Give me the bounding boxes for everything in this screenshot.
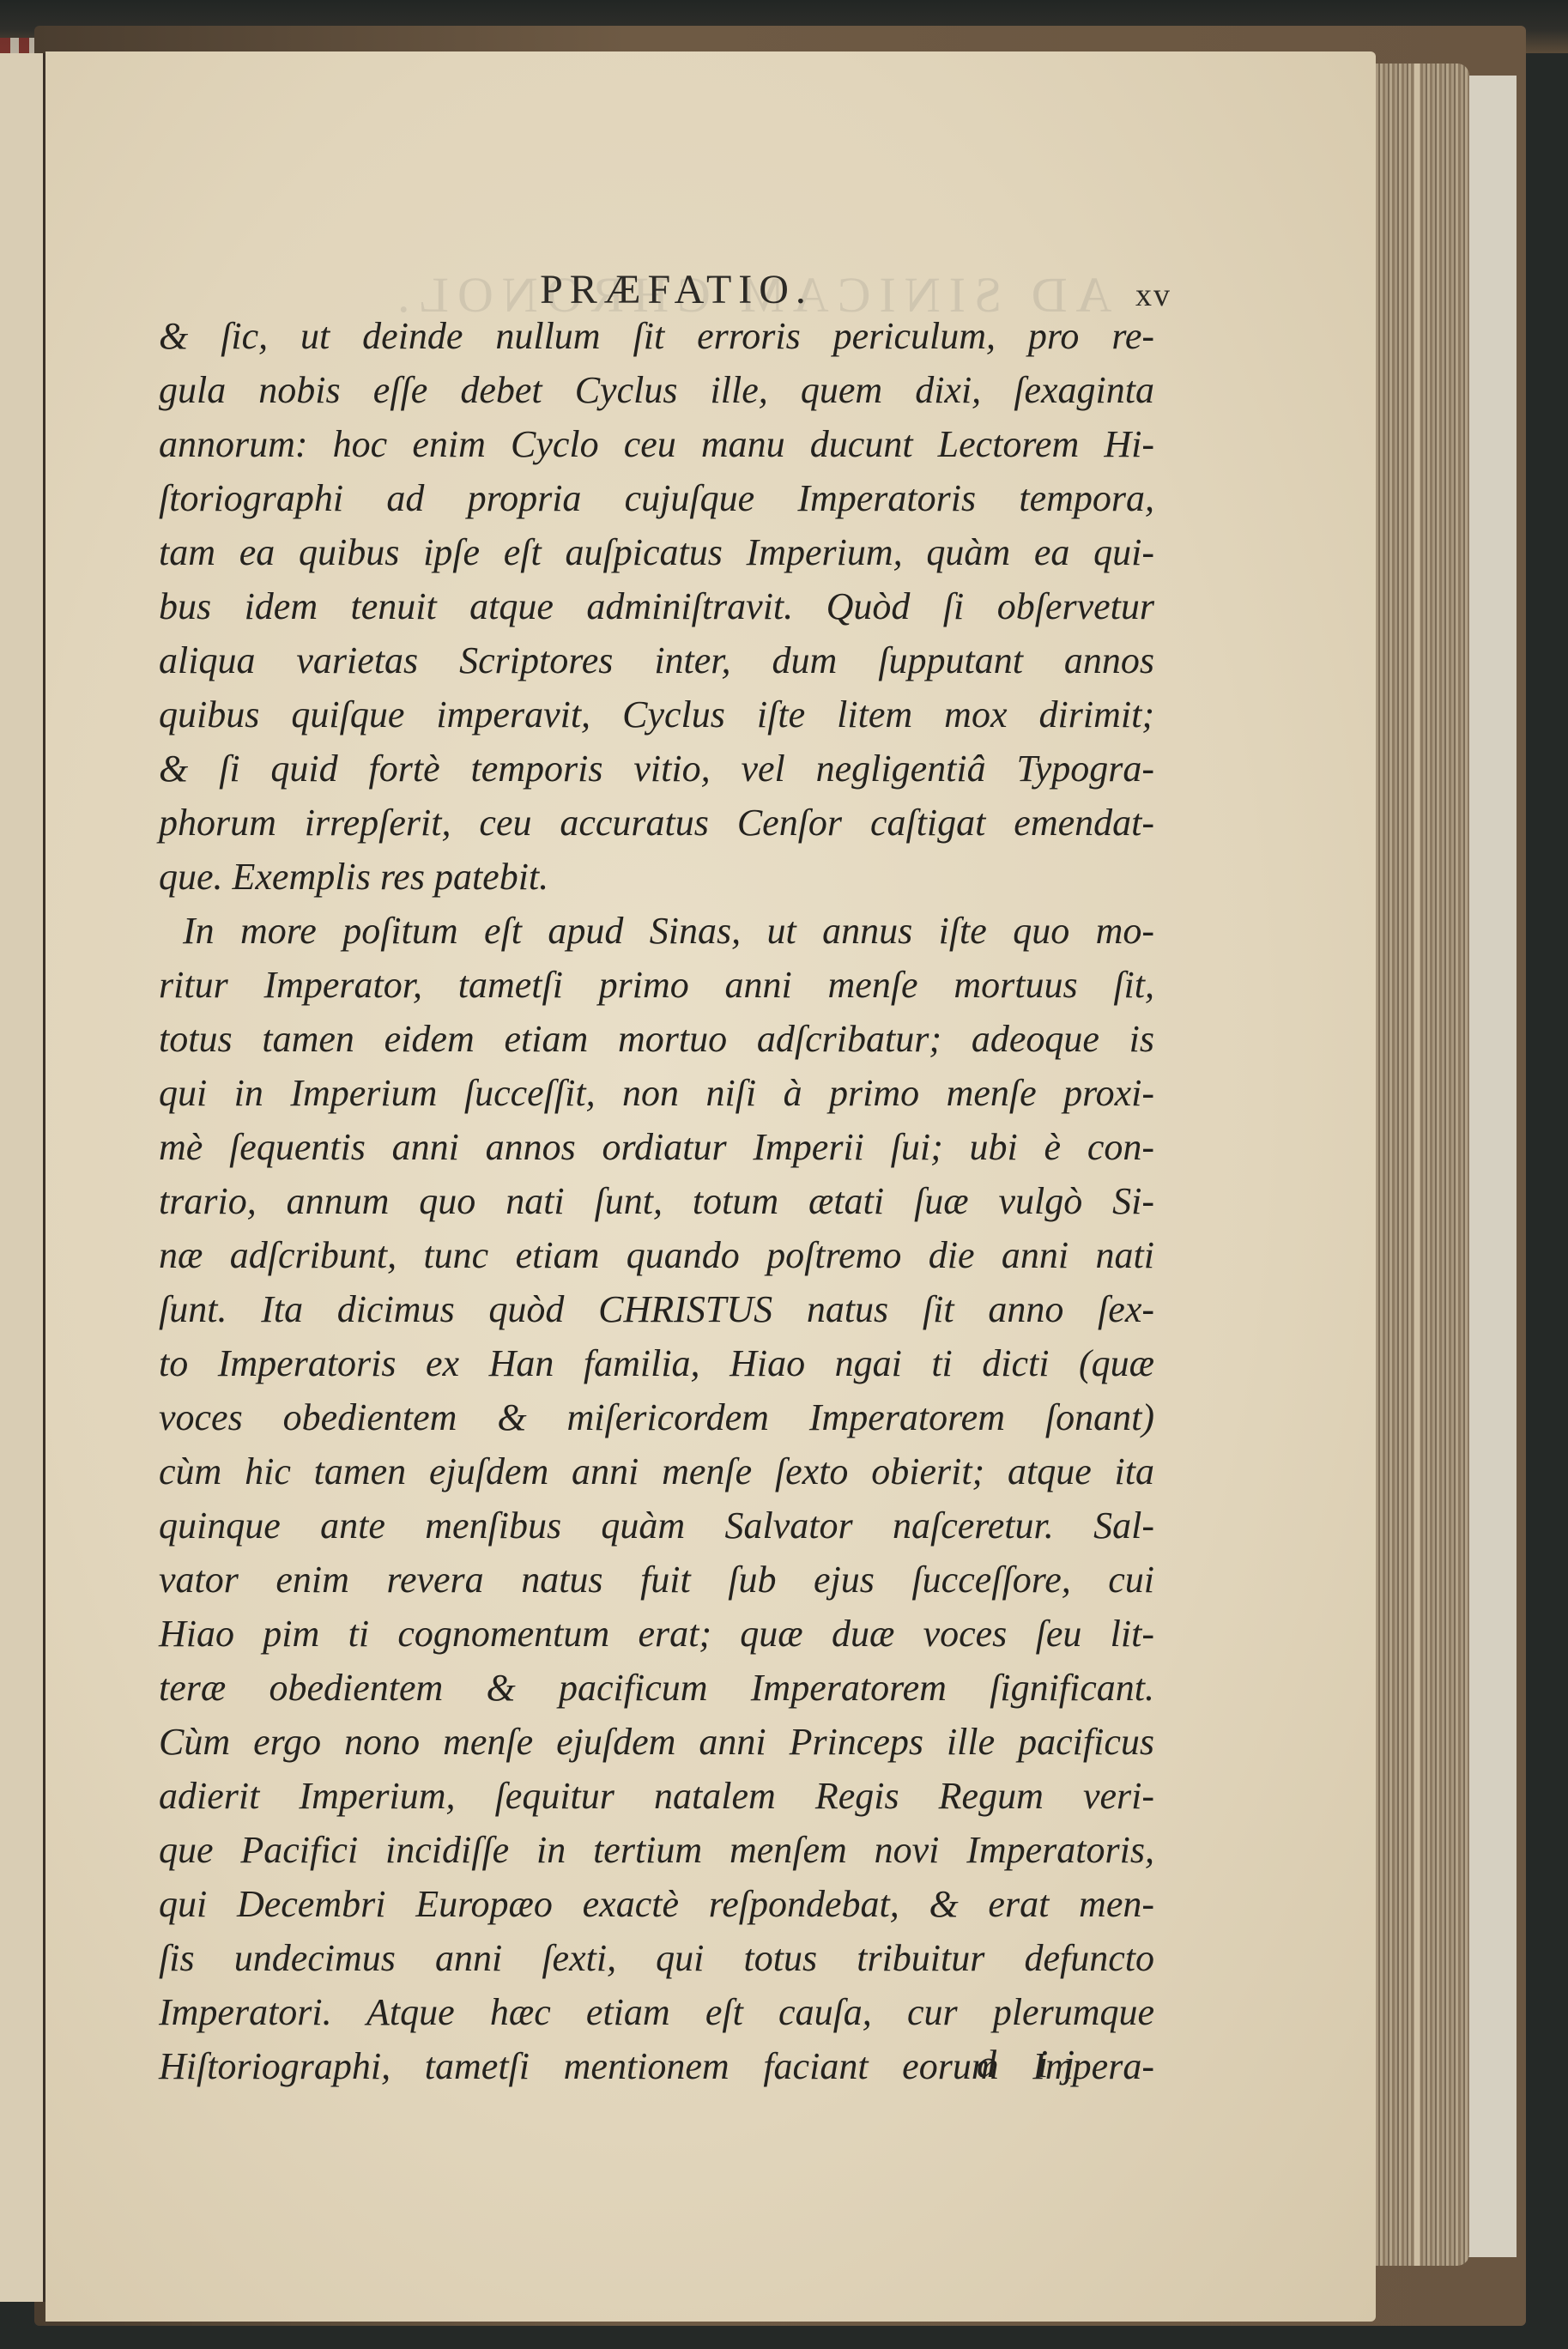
text-line: qui Decembri Europæo exactè reſpondebat,…: [159, 1877, 1154, 1931]
text-line: Hiao pim ti cognomentum erat; quæ duæ vo…: [159, 1607, 1154, 1661]
text-line: trario, annum quo nati ſunt, totum ætati…: [159, 1174, 1154, 1228]
left-page-margin: [0, 53, 45, 2302]
text-line: gula nobis eſſe debet Cyclus ille, quem …: [159, 363, 1154, 417]
body-text: & ſic, ut deinde nullum ſit erroris peri…: [159, 309, 1154, 2093]
text-line: teræ obedientem & pacificum Imperatorem …: [159, 1661, 1154, 1715]
text-line: qui in Imperium ſucceſſit, non niſi à pr…: [159, 1066, 1154, 1120]
text-line: voces obedientem & miſericordem Imperato…: [159, 1390, 1154, 1444]
text-line: que Pacifici incidiſſe in tertium menſem…: [159, 1823, 1154, 1877]
text-line: adierit Imperium, ſequitur natalem Regis…: [159, 1769, 1154, 1823]
text-line: quinque ante menſibus quàm Salvator naſc…: [159, 1498, 1154, 1553]
text-line: Cùm ergo nono menſe ejuſdem anni Princep…: [159, 1715, 1154, 1769]
text-line: annorum: hoc enim Cyclo ceu manu ducunt …: [159, 417, 1154, 471]
text-line: & ſi quid fortè temporis vitio, vel negl…: [159, 742, 1154, 796]
text-line: ſis undecimus anni ſexti, qui totus trib…: [159, 1931, 1154, 1985]
text-line: ſtoriographi ad propria cujuſque Imperat…: [159, 471, 1154, 525]
text-line: aliqua varietas Scriptores inter, dum ſu…: [159, 633, 1154, 687]
text-line: quibus quiſque imperavit, Cyclus iſte li…: [159, 687, 1154, 742]
signature-mark: d ij: [977, 2041, 1090, 2086]
book-page: AD SINICAM CHRONOL. PRÆFATIO. xv & ſic, …: [45, 51, 1376, 2322]
text-line: mè ſequentis anni annos ordiatur Imperii…: [159, 1120, 1154, 1174]
text-line: que. Exemplis res patebit.: [159, 850, 1154, 904]
text-line: Imperatori. Atque hæc etiam eſt cauſa, c…: [159, 1985, 1154, 2039]
text-line: totus tamen eidem etiam mortuo adſcribat…: [159, 1012, 1154, 1066]
page-fore-edge: [1373, 64, 1469, 2266]
endpaper: [1463, 76, 1517, 2257]
text-line: ritur Imperator, tametſi primo anni menſ…: [159, 958, 1154, 1012]
text-line: to Imperatoris ex Han familia, Hiao ngai…: [159, 1336, 1154, 1390]
text-line: bus idem tenuit atque adminiſtravit. Quò…: [159, 579, 1154, 633]
text-line: tam ea quibus ipſe eſt auſpicatus Imperi…: [159, 525, 1154, 579]
text-line: & ſic, ut deinde nullum ſit erroris peri…: [159, 309, 1154, 363]
text-line: phorum irrepſerit, ceu accuratus Cenſor …: [159, 796, 1154, 850]
text-line: næ adſcribunt, tunc etiam quando poſtrem…: [159, 1228, 1154, 1282]
text-line: cùm hic tamen ejuſdem anni menſe ſexto o…: [159, 1444, 1154, 1498]
running-head: PRÆFATIO.: [45, 266, 1307, 313]
text-line: ſunt. Ita dicimus quòd CHRISTUS natus ſi…: [159, 1282, 1154, 1336]
paragraph-start-line: In more poſitum eſt apud Sinas, ut annus…: [159, 904, 1154, 958]
text-line: vator enim revera natus fuit ſub ejus ſu…: [159, 1553, 1154, 1607]
